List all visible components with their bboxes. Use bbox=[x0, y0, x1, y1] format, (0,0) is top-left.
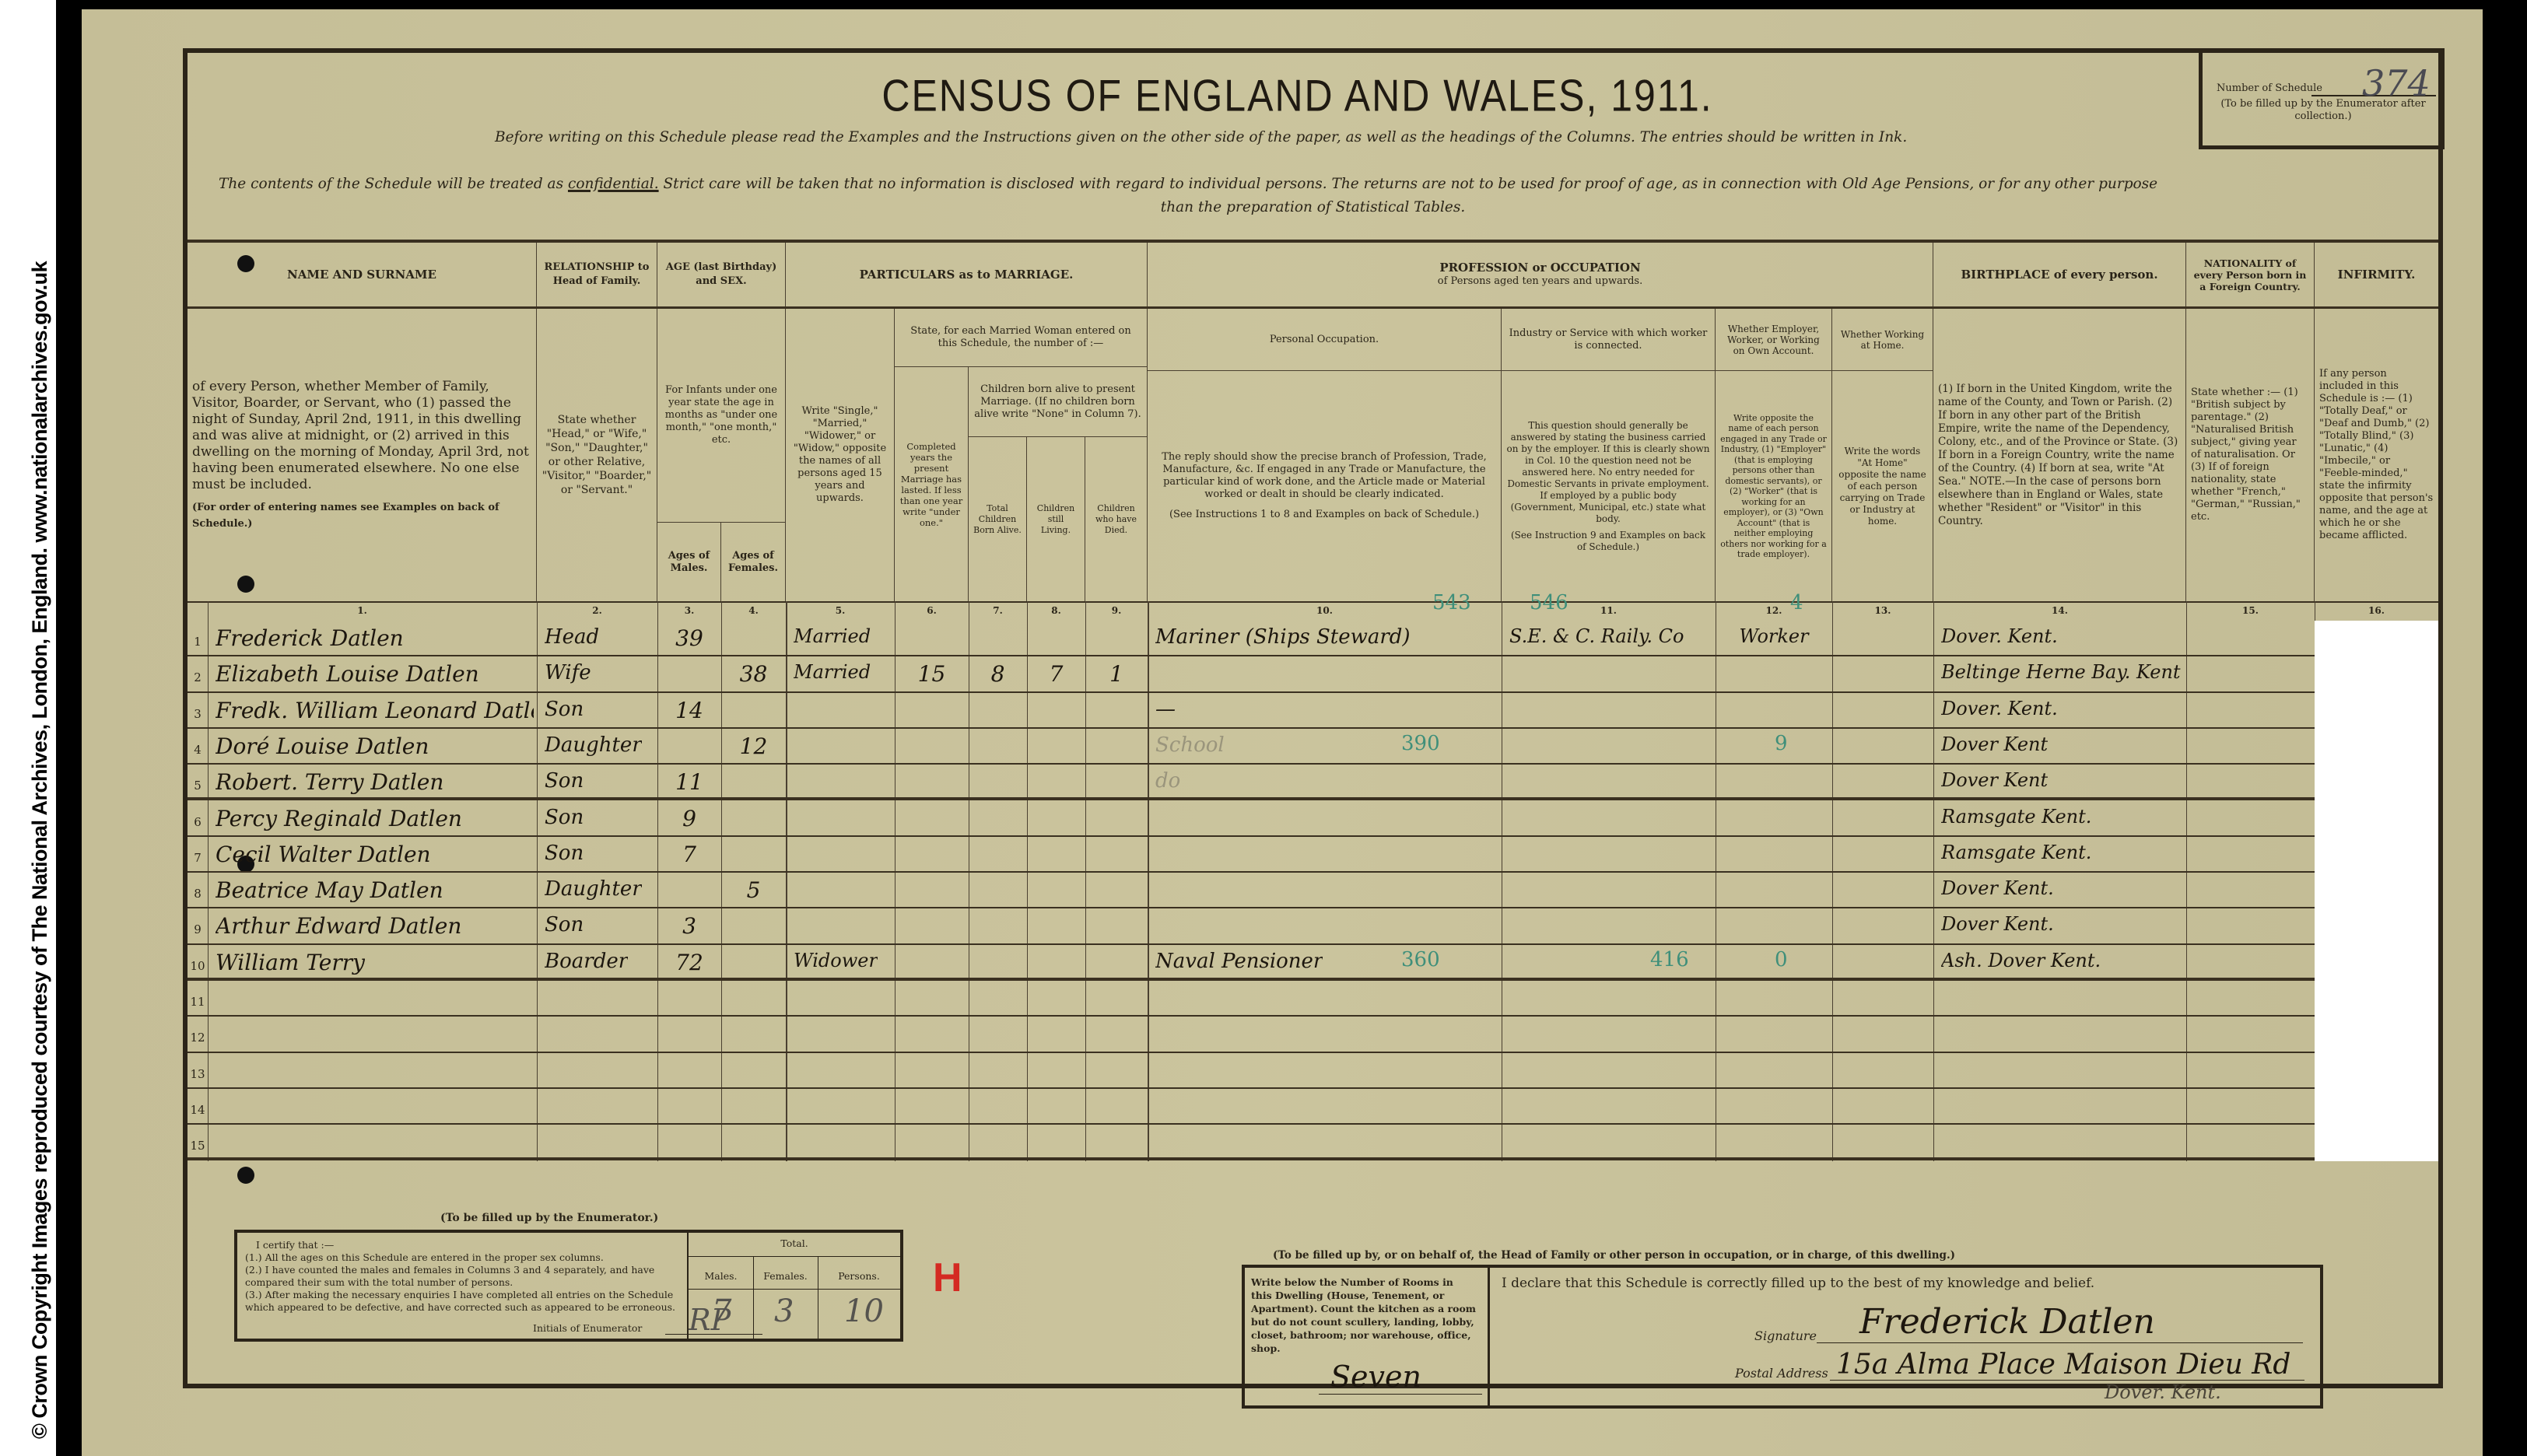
table-row: 2Elizabeth Louise DatlenWife38Married158… bbox=[188, 656, 2438, 692]
row-number: 7 bbox=[188, 851, 208, 865]
table-row: 8Beatrice May DatlenDaughter5Dover Kent. bbox=[188, 873, 2438, 908]
header-employment-status: Whether Employer, Worker, or Working on … bbox=[1716, 309, 1832, 371]
column-number: 8. bbox=[1027, 605, 1085, 616]
cell-occupation: do bbox=[1155, 769, 1180, 793]
column-number: 9. bbox=[1085, 605, 1148, 616]
cell-birthplace: Dover. Kent. bbox=[1941, 698, 2058, 719]
certify-item-2: (2.) I have counted the males and female… bbox=[245, 1264, 681, 1289]
cell-rel: Son bbox=[545, 806, 584, 829]
cell-living: 7 bbox=[1035, 661, 1078, 687]
confidentiality-notice: The contents of the Schedule will be tre… bbox=[219, 176, 2157, 192]
table-row: 10William TerryBoarder72WidowerNaval Pen… bbox=[188, 945, 2438, 981]
industry-note: (See Instruction 9 and Examples on back … bbox=[1506, 530, 1710, 553]
cell-years: 15 bbox=[902, 661, 961, 687]
signature: Frederick Datlen bbox=[1859, 1302, 2155, 1342]
instructions-personal-occupation: The reply should show the precise branch… bbox=[1148, 371, 1502, 601]
column-number: 1. bbox=[188, 605, 537, 616]
cell-name: Beatrice May Datlen bbox=[216, 877, 443, 903]
header-years-married: Completed years the present Marriage has… bbox=[895, 367, 969, 601]
page-title: CENSUS OF ENGLAND AND WALES, 1911. bbox=[188, 70, 2438, 122]
header-children-living: Children still Living. bbox=[1027, 437, 1085, 601]
cell-birthplace: Dover Kent bbox=[1941, 733, 2048, 755]
header-marriage: PARTICULARS as to MARRIAGE. bbox=[786, 243, 1148, 306]
cell-rel: Son bbox=[545, 698, 584, 721]
classification-code: 416 bbox=[1650, 948, 1689, 971]
cell-age-m: 14 bbox=[665, 698, 713, 723]
row-number: 1 bbox=[188, 635, 208, 649]
classification-code: 390 bbox=[1401, 732, 1440, 755]
table-row: 13 bbox=[188, 1053, 2438, 1089]
column-number: 3. bbox=[657, 605, 721, 616]
classification-code: 0 bbox=[1775, 948, 1788, 971]
cell-rel: Son bbox=[545, 913, 584, 936]
enumerator-section-title: (To be filled up by the Enumerator.) bbox=[440, 1212, 658, 1224]
cell-name: Frederick Datlen bbox=[216, 625, 404, 651]
divider bbox=[753, 1256, 754, 1339]
cell-marriage: Widower bbox=[794, 950, 878, 971]
cell-age-m: 39 bbox=[665, 625, 713, 651]
header-nationality: NATIONALITY of every Person born in a Fo… bbox=[2186, 243, 2315, 306]
instructions-working-at-home: Write the words "At Home" opposite the n… bbox=[1832, 371, 1933, 601]
confidentiality-notice-line2: than the preparation of Statistical Tabl… bbox=[188, 199, 2438, 215]
males-label: Males. bbox=[689, 1270, 753, 1283]
signature-line bbox=[1817, 1342, 2303, 1343]
cell-birthplace: Dover. Kent. bbox=[1941, 625, 2058, 647]
instructions-birthplace: (1) If born in the United Kingdom, write… bbox=[1933, 309, 2186, 601]
classification-code: 9 bbox=[1775, 732, 1788, 755]
cell-died: 1 bbox=[1093, 661, 1140, 687]
cell-age-f: 5 bbox=[729, 877, 778, 903]
row-number: 11 bbox=[188, 995, 208, 1009]
certify-item-3: (3.) After making the necessary enquirie… bbox=[245, 1289, 681, 1314]
cell-age-f: 12 bbox=[729, 733, 778, 759]
cell-employer: Worker bbox=[1723, 625, 1824, 647]
enumerator-certification: I certify that :— (1.) All the ages on t… bbox=[245, 1239, 681, 1314]
industry-text: This question should generally be answer… bbox=[1506, 420, 1710, 525]
cell-born: 8 bbox=[976, 661, 1019, 687]
employment-code: 4 bbox=[1790, 591, 1803, 614]
table-row: 15 bbox=[188, 1125, 2438, 1160]
cell-occupation: Mariner (Ships Steward) bbox=[1155, 625, 1411, 649]
cell-rel: Wife bbox=[545, 661, 591, 684]
cell-birthplace: Beltinge Herne Bay. Kent bbox=[1941, 661, 2181, 683]
divider bbox=[689, 1289, 900, 1290]
row-number: 2 bbox=[188, 670, 208, 684]
cell-occupation: School bbox=[1155, 733, 1225, 757]
table-row: 4Doré Louise DatlenDaughter12SchoolDover… bbox=[188, 729, 2438, 765]
cell-age-m: 9 bbox=[665, 806, 713, 831]
cell-name: Elizabeth Louise Datlen bbox=[216, 661, 479, 687]
column-number: 4. bbox=[721, 605, 786, 616]
instructions-marital-status: Write "Single," "Married," "Widower," or… bbox=[786, 309, 895, 601]
divider bbox=[1488, 1268, 1490, 1405]
cell-birthplace: Ash. Dover Kent. bbox=[1941, 950, 2101, 971]
header-working-at-home: Whether Working at Home. bbox=[1832, 309, 1933, 371]
cell-rel: Daughter bbox=[545, 733, 642, 757]
schedule-number-label: Number of Schedule bbox=[2217, 82, 2322, 94]
occupation-code: 543 bbox=[1432, 591, 1471, 614]
cell-name: Robert. Terry Datlen bbox=[216, 769, 443, 795]
header-relationship: RELATIONSHIP to Head of Family. bbox=[537, 243, 657, 306]
column-number: 12. bbox=[1716, 605, 1832, 616]
cell-age-m: 72 bbox=[665, 950, 713, 975]
schedule-number-note: (To be filled up by the Enumerator after… bbox=[2210, 98, 2436, 123]
cell-rel: Son bbox=[545, 769, 584, 793]
rooms-line bbox=[1319, 1394, 1482, 1395]
column-number: 13. bbox=[1832, 605, 1933, 616]
cell-industry: S.E. & C. Raily. Co bbox=[1509, 625, 1684, 647]
copyright-notice: © Crown Copyright Images reproduced cour… bbox=[28, 261, 52, 1439]
instructions-relationship: State whether "Head," or "Wife," "Son," … bbox=[537, 309, 657, 601]
persons-label: Persons. bbox=[818, 1270, 900, 1283]
enumerator-certificate: I certify that :— (1.) All the ages on t… bbox=[234, 1230, 903, 1342]
row-number: 8 bbox=[188, 887, 208, 901]
cell-name: Cecil Walter Datlen bbox=[216, 842, 431, 867]
column-number: 5. bbox=[786, 605, 895, 616]
column-number: 2. bbox=[537, 605, 657, 616]
row-number: 6 bbox=[188, 815, 208, 829]
table-row: 3Fredk. William Leonard DatlenSon14—Dove… bbox=[188, 693, 2438, 729]
row-number: 5 bbox=[188, 779, 208, 793]
schedule-number-box: Number of Schedule 374 (To be filled up … bbox=[2199, 48, 2445, 149]
row-number: 12 bbox=[188, 1031, 208, 1045]
cell-birthplace: Dover Kent bbox=[1941, 769, 2048, 791]
certify-label: I certify that :— bbox=[245, 1239, 681, 1251]
row-number: 10 bbox=[188, 959, 208, 973]
signature-label: Signature bbox=[1754, 1328, 1817, 1343]
total-persons: 10 bbox=[844, 1293, 884, 1329]
initials-label: Initials of Enumerator bbox=[533, 1322, 642, 1335]
header-ages-males: Ages of Males. bbox=[657, 523, 721, 601]
divider bbox=[188, 601, 2438, 603]
number-of-rooms: Seven bbox=[1330, 1360, 1421, 1394]
redacted-infirmity-column bbox=[2315, 621, 2438, 1161]
header-personal-occupation: Personal Occupation. bbox=[1148, 309, 1502, 371]
instructions-name: of every Person, whether Member of Famil… bbox=[188, 309, 537, 601]
table-row: 14 bbox=[188, 1089, 2438, 1125]
cell-rel: Son bbox=[545, 842, 584, 865]
header-name: NAME AND SURNAME bbox=[188, 243, 537, 306]
row-divider bbox=[188, 1157, 2438, 1160]
cell-name: William Terry bbox=[216, 950, 365, 975]
rooms-instructions: Write below the Number of Rooms in this … bbox=[1251, 1276, 1477, 1355]
row-number: 15 bbox=[188, 1139, 208, 1153]
personal-occupation-note: (See Instructions 1 to 8 and Examples on… bbox=[1169, 509, 1479, 521]
cell-birthplace: Ramsgate Kent. bbox=[1941, 842, 2091, 863]
postal-address-line1: 15a Alma Place Maison Dieu Rd bbox=[1836, 1349, 2290, 1381]
cell-rel: Boarder bbox=[545, 950, 628, 973]
row-number: 4 bbox=[188, 743, 208, 757]
instructions-industry: This question should generally be answer… bbox=[1502, 371, 1716, 601]
cell-age-m: 3 bbox=[665, 913, 713, 939]
header-total-children: Total Children Born Alive. bbox=[969, 437, 1027, 601]
copyright-strip: © Crown Copyright Images reproduced cour… bbox=[0, 0, 56, 1456]
column-number: 7. bbox=[969, 605, 1027, 616]
header-infirmity: INFIRMITY. bbox=[2315, 243, 2438, 306]
column-number: 16. bbox=[2315, 605, 2438, 616]
table-row: 11 bbox=[188, 981, 2438, 1017]
classification-code: 360 bbox=[1401, 948, 1440, 971]
instructions-age: For Infants under one year state the age… bbox=[657, 309, 786, 523]
occupation-title: PROFESSION or OCCUPATION bbox=[1439, 261, 1640, 275]
total-label: Total. bbox=[689, 1237, 900, 1257]
header-children-born: Children born alive to present Marriage.… bbox=[969, 367, 1148, 437]
cell-marriage: Married bbox=[794, 661, 871, 683]
certify-item-1: (1.) All the ages on this Schedule are e… bbox=[245, 1251, 681, 1264]
red-pencil-mark: H bbox=[933, 1255, 962, 1301]
cell-rel: Daughter bbox=[545, 877, 642, 901]
column-number: 14. bbox=[1933, 605, 2186, 616]
row-number: 14 bbox=[188, 1103, 208, 1117]
declaration-text: I declare that this Schedule is correctl… bbox=[1502, 1276, 2094, 1291]
instruction-text: Before writing on this Schedule please r… bbox=[495, 129, 1907, 145]
row-number: 13 bbox=[188, 1067, 208, 1081]
table-row: 1Frederick DatlenHead39MarriedMariner (S… bbox=[188, 621, 2438, 656]
occupation-subtitle: of Persons aged ten years and upwards. bbox=[1438, 275, 1642, 289]
head-section-title: (To be filled up by, or on behalf of, th… bbox=[1273, 1249, 1955, 1262]
instructions-employment-status: Write opposite the name of each person e… bbox=[1716, 371, 1832, 601]
header-age: AGE (last Birthday) and SEX. bbox=[657, 243, 786, 306]
instructions-married-woman: State, for each Married Woman entered on… bbox=[895, 309, 1148, 367]
census-form: CENSUS OF ENGLAND AND WALES, 1911. Befor… bbox=[183, 48, 2443, 1388]
cell-name: Arthur Edward Datlen bbox=[216, 913, 461, 939]
cell-rel: Head bbox=[545, 625, 599, 649]
column-number: 6. bbox=[895, 605, 969, 616]
header-ages-females: Ages of Females. bbox=[721, 523, 786, 601]
total-males: 7 bbox=[712, 1293, 731, 1329]
column-number: 15. bbox=[2186, 605, 2315, 616]
head-declaration: Write below the Number of Rooms in this … bbox=[1242, 1265, 2323, 1409]
industry-code: 546 bbox=[1530, 591, 1568, 614]
cell-occupation: Naval Pensioner bbox=[1155, 950, 1323, 973]
table-row: 7Cecil Walter DatlenSon7Ramsgate Kent. bbox=[188, 837, 2438, 873]
table-row: 12 bbox=[188, 1017, 2438, 1052]
cell-name: Fredk. William Leonard Datlen bbox=[216, 698, 534, 723]
cell-age-m: 7 bbox=[665, 842, 713, 867]
header-industry: Industry or Service with which worker is… bbox=[1502, 309, 1716, 371]
header-children-died: Children who have Died. bbox=[1085, 437, 1148, 601]
header-occupation: PROFESSION or OCCUPATION of Persons aged… bbox=[1148, 243, 1933, 306]
name-instructions: of every Person, whether Member of Famil… bbox=[192, 379, 531, 493]
census-table: NAME AND SURNAME RELATIONSHIP to Head of… bbox=[188, 240, 2438, 1161]
cell-birthplace: Ramsgate Kent. bbox=[1941, 806, 2091, 828]
cell-age-m: 11 bbox=[665, 769, 713, 795]
table-row: 9Arthur Edward DatlenSon3Dover Kent. bbox=[188, 908, 2438, 944]
personal-occupation-text: The reply should show the precise branch… bbox=[1152, 451, 1496, 501]
divider bbox=[818, 1256, 818, 1339]
name-note: (For order of entering names see Example… bbox=[192, 499, 531, 532]
females-label: Females. bbox=[753, 1270, 818, 1283]
total-females: 3 bbox=[774, 1293, 794, 1329]
cell-occupation: — bbox=[1155, 698, 1176, 721]
cell-name: Doré Louise Datlen bbox=[216, 733, 429, 759]
instructions-nationality: State whether :— (1) "British subject by… bbox=[2186, 309, 2315, 601]
table-row: 6Percy Reginald DatlenSon9Ramsgate Kent. bbox=[188, 801, 2438, 837]
postal-address-label: Postal Address bbox=[1735, 1366, 1828, 1381]
cell-birthplace: Dover Kent. bbox=[1941, 913, 2054, 935]
header-birthplace: BIRTHPLACE of every person. bbox=[1933, 243, 2186, 306]
cell-age-f: 38 bbox=[729, 661, 778, 687]
cell-birthplace: Dover Kent. bbox=[1941, 877, 2054, 899]
postal-address-line2: Dover. Kent. bbox=[2105, 1381, 2221, 1403]
row-number: 3 bbox=[188, 707, 208, 721]
cell-marriage: Married bbox=[794, 625, 871, 647]
cell-name: Percy Reginald Datlen bbox=[216, 806, 462, 831]
instructions-infirmity: If any person included in this Schedule … bbox=[2315, 309, 2438, 601]
row-number: 9 bbox=[188, 922, 208, 936]
table-row: 5Robert. Terry DatlenSon11doDover Kent bbox=[188, 765, 2438, 800]
